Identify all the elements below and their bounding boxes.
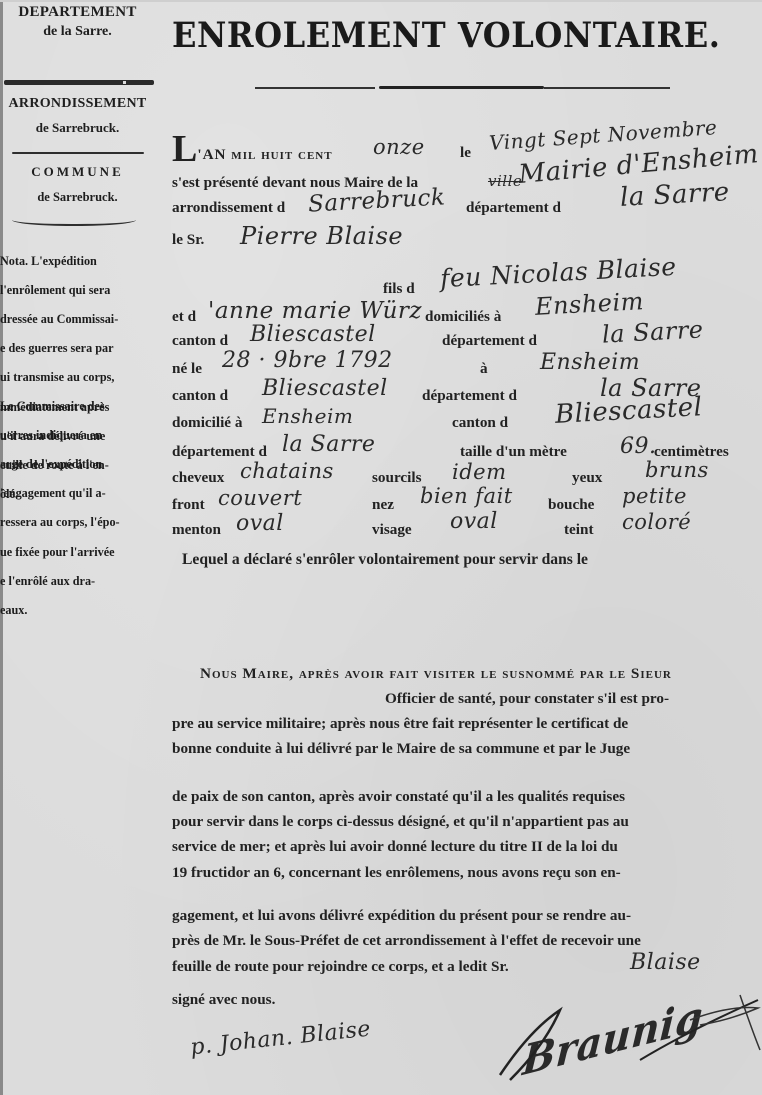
arrondissement-label: arrondissement d bbox=[172, 199, 285, 217]
ne-le-label: né le bbox=[172, 360, 202, 378]
canton1-label: canton d bbox=[172, 332, 228, 350]
mere-label: et d bbox=[172, 308, 196, 326]
declaration-line: pour servir dans le corps ci-dessus dési… bbox=[172, 813, 629, 831]
departement-label: DEPARTEMENT bbox=[0, 4, 155, 21]
bouche-label: bouche bbox=[548, 496, 594, 514]
menton-field: oval bbox=[236, 511, 284, 536]
visage-label: visage bbox=[372, 521, 412, 539]
commissaire-line: 'engagement qu'il a- bbox=[0, 486, 154, 501]
visage-field: oval bbox=[450, 509, 498, 534]
domicilies-label: domiciliés à bbox=[425, 308, 501, 326]
departement4-field: la Sarre bbox=[282, 432, 375, 457]
domicilies-field: Ensheim bbox=[534, 287, 644, 321]
commissaire-line: arge de l'expédition bbox=[0, 457, 154, 472]
domicilie-label: domicilié à bbox=[172, 414, 242, 432]
declaration-line: 19 fructidor an 6, concernant les enrôle… bbox=[172, 864, 621, 882]
commissaire-line: eaux. bbox=[0, 603, 154, 618]
declaration-line: gagement, et lui avons délivré expéditio… bbox=[172, 907, 631, 925]
title-rule bbox=[255, 86, 670, 89]
lequel-text: Lequel a déclaré s'enrôler volontairemen… bbox=[182, 551, 588, 569]
commune-label: COMMUNE bbox=[0, 164, 155, 180]
enrole-signature: p. Johan. Blaise bbox=[189, 1017, 372, 1061]
cheveux-label: cheveux bbox=[172, 469, 224, 487]
yeux-label: yeux bbox=[572, 469, 602, 487]
sourcils-label: sourcils bbox=[372, 469, 422, 487]
declaration-line: signé avec nous. bbox=[172, 991, 275, 1009]
nota-line: e des guerres sera par bbox=[0, 341, 154, 356]
front-field: couvert bbox=[218, 486, 302, 510]
cheveux-field: chatains bbox=[240, 459, 334, 483]
commissaire-line: Le Commissaire des bbox=[0, 399, 154, 414]
nota-line: l'enrôlement qui sera bbox=[0, 283, 154, 298]
sieur-label: le Sr. bbox=[172, 231, 204, 249]
departement-field: la Sarre bbox=[619, 177, 730, 213]
nez-label: nez bbox=[372, 496, 394, 514]
mairie-struck: ville bbox=[488, 172, 522, 190]
arrondissement-label: ARRONDISSEMENT bbox=[0, 96, 155, 112]
dropcap: L bbox=[172, 128, 197, 170]
margin-rule bbox=[12, 152, 144, 154]
maire-signature-flourish bbox=[490, 990, 762, 1090]
yeux-field: bruns bbox=[645, 458, 709, 482]
year-field: onze bbox=[373, 135, 425, 159]
document-page: DEPARTEMENT de la Sarre. ARRONDISSEMENT … bbox=[0, 0, 762, 1095]
departement-value: de la Sarre. bbox=[0, 24, 155, 40]
a-label: à bbox=[480, 360, 488, 378]
nota-line: dressée au Commissai- bbox=[0, 312, 154, 327]
fils-label: fils d bbox=[383, 280, 415, 298]
canton1-field: Bliescastel bbox=[250, 322, 376, 347]
page-edge-top bbox=[0, 0, 762, 2]
canton3-field: Bliescastel bbox=[554, 392, 703, 430]
canton3-label: canton d bbox=[452, 414, 508, 432]
naissance-field: 28 · 9bre 1792 bbox=[222, 348, 393, 373]
declaration-line: pre au service militaire; après nous êtr… bbox=[172, 715, 628, 733]
teint-field: coloré bbox=[622, 510, 691, 534]
arrondissement-value: de Sarrebruck. bbox=[0, 120, 155, 136]
declaration-line: service de mer; et après lui avoir donné… bbox=[172, 838, 618, 856]
commissaire-line: ressera au corps, l'épo- bbox=[0, 515, 154, 530]
departement-label: département d bbox=[466, 199, 561, 217]
commune-value: de Sarrebruck. bbox=[0, 190, 155, 205]
sieur-field: Pierre Blaise bbox=[240, 222, 403, 250]
declaration-text: Nous Maire, après avoir fait visiter le … bbox=[200, 665, 672, 682]
departement2-field: la Sarre bbox=[601, 315, 704, 348]
declaration-line: près de Mr. le Sous-Préfet de cet arrond… bbox=[172, 932, 641, 950]
commissaire-block: Le Commissaire des uerres indiquera en a… bbox=[0, 384, 154, 632]
declaration-line: feuille de route pour rejoindre ce corps… bbox=[172, 958, 509, 976]
nez-field: bien fait bbox=[420, 484, 513, 508]
ledit-signature-field: Blaise bbox=[630, 950, 701, 975]
front-label: front bbox=[172, 496, 205, 514]
mere-field: 'anne marie Würz bbox=[208, 298, 422, 324]
declaration-line: Nous Maire, après avoir fait visiter le … bbox=[200, 665, 746, 683]
canton2-field: Bliescastel bbox=[262, 376, 388, 401]
nota-line: Nota. L'expédition bbox=[0, 254, 154, 269]
commissaire-line: e l'enrôlé aux dra- bbox=[0, 574, 154, 589]
taille-field: 69. bbox=[620, 434, 657, 459]
margin-rule bbox=[4, 80, 154, 85]
commissaire-line: ue fixée pour l'arrivée bbox=[0, 545, 154, 560]
document-title: ENROLEMENT VOLONTAIRE. bbox=[172, 16, 720, 56]
margin-rule bbox=[12, 218, 136, 226]
departement2-label: département d bbox=[442, 332, 537, 350]
teint-label: teint bbox=[564, 521, 594, 539]
nota-line: ui transmise au corps, bbox=[0, 370, 154, 385]
le-label: le bbox=[460, 144, 471, 162]
taille-label: taille d'un mètre bbox=[460, 443, 567, 461]
canton2-label: canton d bbox=[172, 387, 228, 405]
bouche-field: petite bbox=[622, 484, 687, 508]
l-an-line: L'AN mil huit cent bbox=[172, 130, 333, 168]
commissaire-line: uerres indiquera en bbox=[0, 428, 154, 443]
declaration-line: bonne conduite à lui délivré par le Mair… bbox=[172, 740, 630, 758]
declaration-line: de paix de son canton, après avoir const… bbox=[172, 788, 625, 806]
departement3-label: département d bbox=[422, 387, 517, 405]
l-an-label: 'AN mil huit cent bbox=[197, 146, 332, 163]
menton-label: menton bbox=[172, 521, 221, 539]
sourcils-field: idem bbox=[452, 460, 507, 484]
declaration-line: Officier de santé, pour constater s'il e… bbox=[385, 690, 669, 708]
domicilie-field: Ensheim bbox=[262, 404, 353, 428]
lieu-naissance-field: Ensheim bbox=[540, 350, 640, 375]
